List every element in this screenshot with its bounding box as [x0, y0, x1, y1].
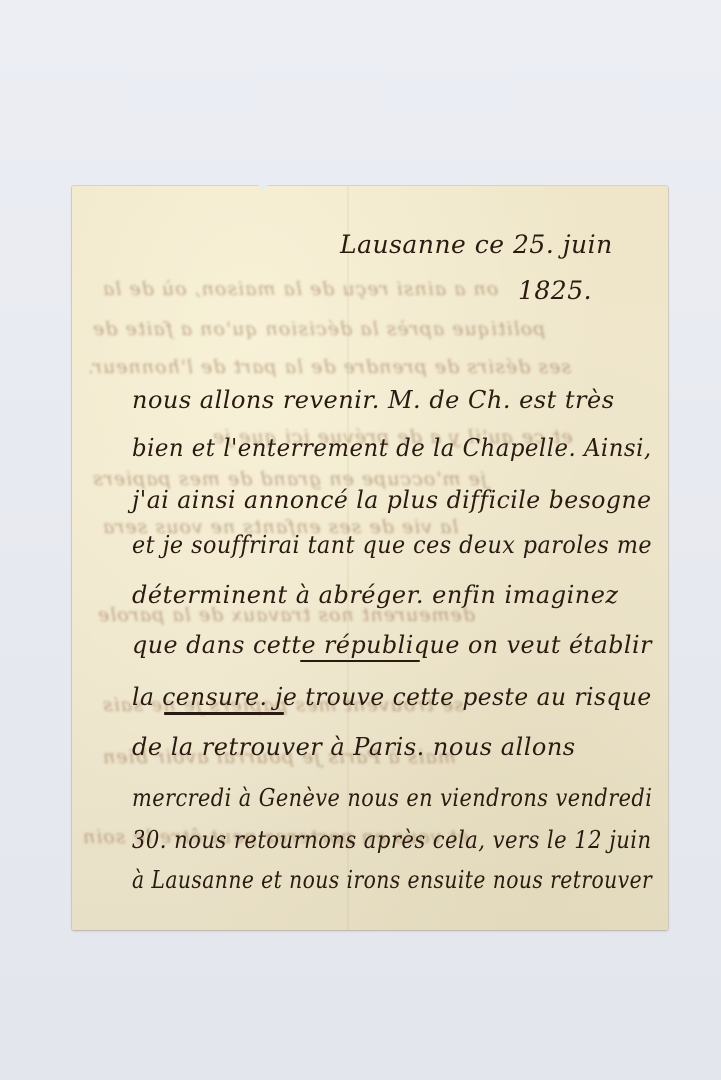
- letter-line-5: déterminent à abréger. enfin imaginez: [132, 581, 619, 609]
- letter-line-2: bien et l'enterrement de la Chapelle. Ai…: [132, 434, 652, 462]
- underline-censure: [164, 712, 284, 715]
- letter-line-4: et je souffrirai tant que ces deux parol…: [132, 531, 652, 559]
- letter-line-9: mercredi à Genève nous en viendrons vend…: [132, 784, 652, 812]
- bleed-through-line: politique après la décision qu'on a fait…: [92, 318, 545, 340]
- letter-line-11: à Lausanne et nous irons ensuite nous re…: [132, 866, 652, 894]
- letter-line-10: 30. nous retournons après cela, vers le …: [132, 826, 652, 854]
- letter-line-3: j'ai ainsi annoncé la plus difficile bes…: [132, 486, 652, 514]
- letter-place-date: Lausanne ce 25. juin: [340, 230, 613, 259]
- letter-sheet: on a ainsi reçu de la maison, où de la p…: [72, 186, 668, 930]
- letter-line-6: que dans cette république on veut établi…: [132, 631, 652, 659]
- letter-year: 1825.: [518, 276, 592, 305]
- underline-republique: [300, 660, 420, 662]
- letter-line-8: de la retrouver à Paris. nous allons: [132, 733, 576, 761]
- letter-line-1: nous allons revenir. M. de Ch. est très: [132, 386, 615, 414]
- bleed-through-line: on a ainsi reçu de la maison, où de la: [102, 278, 498, 300]
- bleed-through-line: ses désirs de prendre de la part de l'ho…: [87, 356, 571, 378]
- letter-line-7: la censure. je trouve cette peste au ris…: [132, 683, 652, 711]
